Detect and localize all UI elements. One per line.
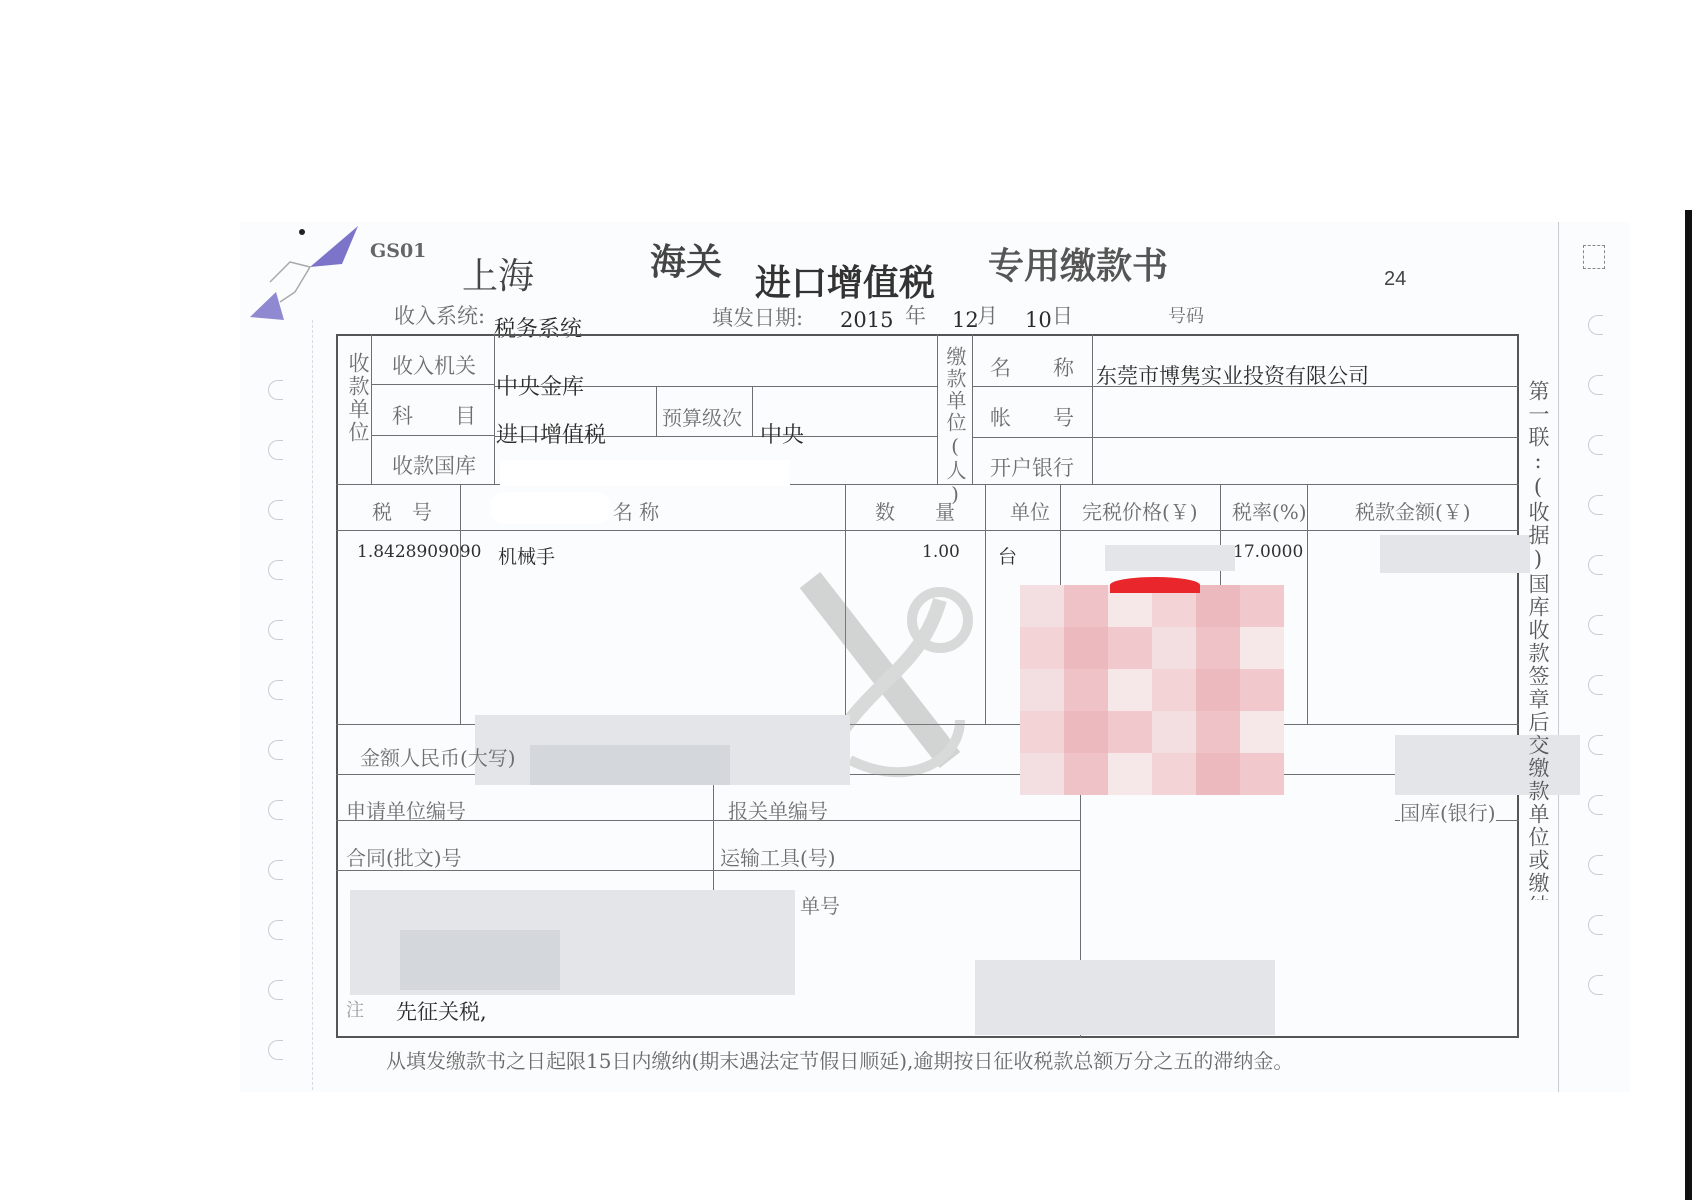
payer-section-label: 缴款单位(人) <box>942 346 968 508</box>
serial-number: 24 <box>1384 268 1406 291</box>
issue-day: 10 <box>1025 308 1052 332</box>
month-char: 月 <box>977 300 998 330</box>
perforation-hole-icon <box>268 440 283 460</box>
amount-rmb-redacted-dark <box>530 745 730 785</box>
perforation-hole-icon <box>268 560 283 580</box>
bill-no-label: 单号 <box>800 890 840 919</box>
budget-level-value: 中央 <box>760 418 804 449</box>
perforation-hole-icon <box>1588 975 1603 995</box>
tax-amount-redacted <box>1380 535 1530 573</box>
perforation-hole-icon <box>268 860 283 880</box>
perforation-hole-icon <box>1588 915 1603 935</box>
payer-name-label: 名 称 <box>990 352 1074 382</box>
scan-edge-bar <box>1685 210 1692 1200</box>
dutiable-price-redacted <box>1105 545 1235 571</box>
perforation-hole-icon <box>1588 435 1603 455</box>
goods-cell-goods-name: 机械手 <box>498 542 555 569</box>
applicant-code-label: 申请单位编号 <box>346 795 466 824</box>
collecting-authority-label: 收入机关 <box>392 350 476 380</box>
title-region: 上海 <box>462 248 534 299</box>
perforation-hole-icon <box>1588 855 1603 875</box>
collecting-authority-value: 中央金库 <box>496 370 584 401</box>
payee-section-label: 收款单位 <box>343 352 373 444</box>
goods-header-6: 税款金额(￥) <box>1355 496 1471 525</box>
goods-header-5: 税率(%) <box>1232 496 1307 525</box>
perforation-hole-icon <box>268 980 283 1000</box>
goods-header-4: 完税价格(￥) <box>1082 496 1198 525</box>
issue-date-label: 填发日期: <box>712 302 803 332</box>
perforation-hole-icon <box>1588 375 1603 395</box>
treasury-value-redacted <box>500 460 790 486</box>
amount-rmb-label: 金额人民币(大写) <box>360 742 516 771</box>
bill-no-redacted-dark <box>400 930 560 990</box>
perforation-hole-icon <box>268 740 283 760</box>
day-char: 日 <box>1052 300 1073 330</box>
title-suffix: 专用缴款书 <box>988 238 1168 289</box>
payer-account-label: 帐 号 <box>990 402 1074 432</box>
perforation-hole-icon <box>1588 735 1603 755</box>
perforation-hole-icon <box>1588 555 1603 575</box>
perforation-hole-icon <box>1588 495 1603 515</box>
perforation-hole-icon <box>1588 615 1603 635</box>
income-system-label: 收入系统: <box>394 300 485 330</box>
treasury-label: 收款国库 <box>392 450 476 480</box>
title-customs: 海关 <box>650 234 722 285</box>
note-label: 注 <box>346 996 364 1022</box>
perforation-hole-icon <box>1588 795 1603 815</box>
perforation-hole-icon <box>268 380 283 400</box>
number-label: 号码 <box>1168 302 1204 328</box>
left-perforation-strip <box>242 320 313 1090</box>
transport-label: 运输工具(号) <box>720 842 836 871</box>
declaration-no-label: 报关单编号 <box>728 795 828 824</box>
goods-cell-tax-rate: 17.0000 <box>1233 542 1303 562</box>
year-char: 年 <box>905 300 926 330</box>
perforation-hole-icon <box>268 920 283 940</box>
late-fee-notice: 从填发缴款书之日起限15日内缴纳(期末遇法定节假日顺延),逾期按日征收税款总额万… <box>386 1045 1293 1074</box>
perforation-hole-icon <box>268 500 283 520</box>
payer-name-value: 东莞市博隽实业投资有限公司 <box>1096 360 1369 390</box>
perforation-hole-icon <box>1588 675 1603 695</box>
goods-header-3: 单位 <box>1010 496 1050 525</box>
issue-month: 12 <box>952 308 979 332</box>
title-tax-type: 进口增值税 <box>755 255 935 306</box>
perforation-hole-icon <box>268 800 283 820</box>
right-perforation-strip <box>1558 222 1631 1092</box>
treasury-bank-label: 国库(银行) <box>1400 797 1496 826</box>
form-code: GS01 <box>370 240 426 262</box>
budget-level-label: 预算级次 <box>662 402 742 431</box>
copy-designation-note: 第一联:(收据)国库收款签章后交缴款单位或缴纳人 <box>1526 380 1550 900</box>
contract-label: 合同(批文)号 <box>346 842 462 871</box>
perforation-hole-icon <box>268 620 283 640</box>
subject-value: 进口增值税 <box>496 418 606 449</box>
note-value: 先征关税, <box>396 996 487 1026</box>
goods-header-redaction <box>490 492 610 524</box>
perforation-hole-icon <box>268 1040 283 1060</box>
issue-year: 2015 <box>840 308 893 332</box>
payer-bank-label: 开户银行 <box>990 452 1074 482</box>
subject-label: 科 目 <box>392 400 476 430</box>
goods-cell-quantity: 1.00 <box>922 542 960 562</box>
perforation-hole-icon <box>1588 315 1603 335</box>
corner-stamp-icon <box>250 222 370 332</box>
treasury-bank-redacted <box>1395 735 1580 795</box>
goods-header-0: 税 号 <box>372 496 432 525</box>
goods-header-2: 数 量 <box>875 496 955 525</box>
perforation-hole-icon <box>268 680 283 700</box>
goods-cell-unit: 台 <box>998 542 1017 569</box>
corner-checkbox-icon <box>1583 245 1605 269</box>
signature-redacted <box>975 960 1275 1035</box>
goods-cell-tax-no: 1.8428909090 <box>357 542 481 562</box>
